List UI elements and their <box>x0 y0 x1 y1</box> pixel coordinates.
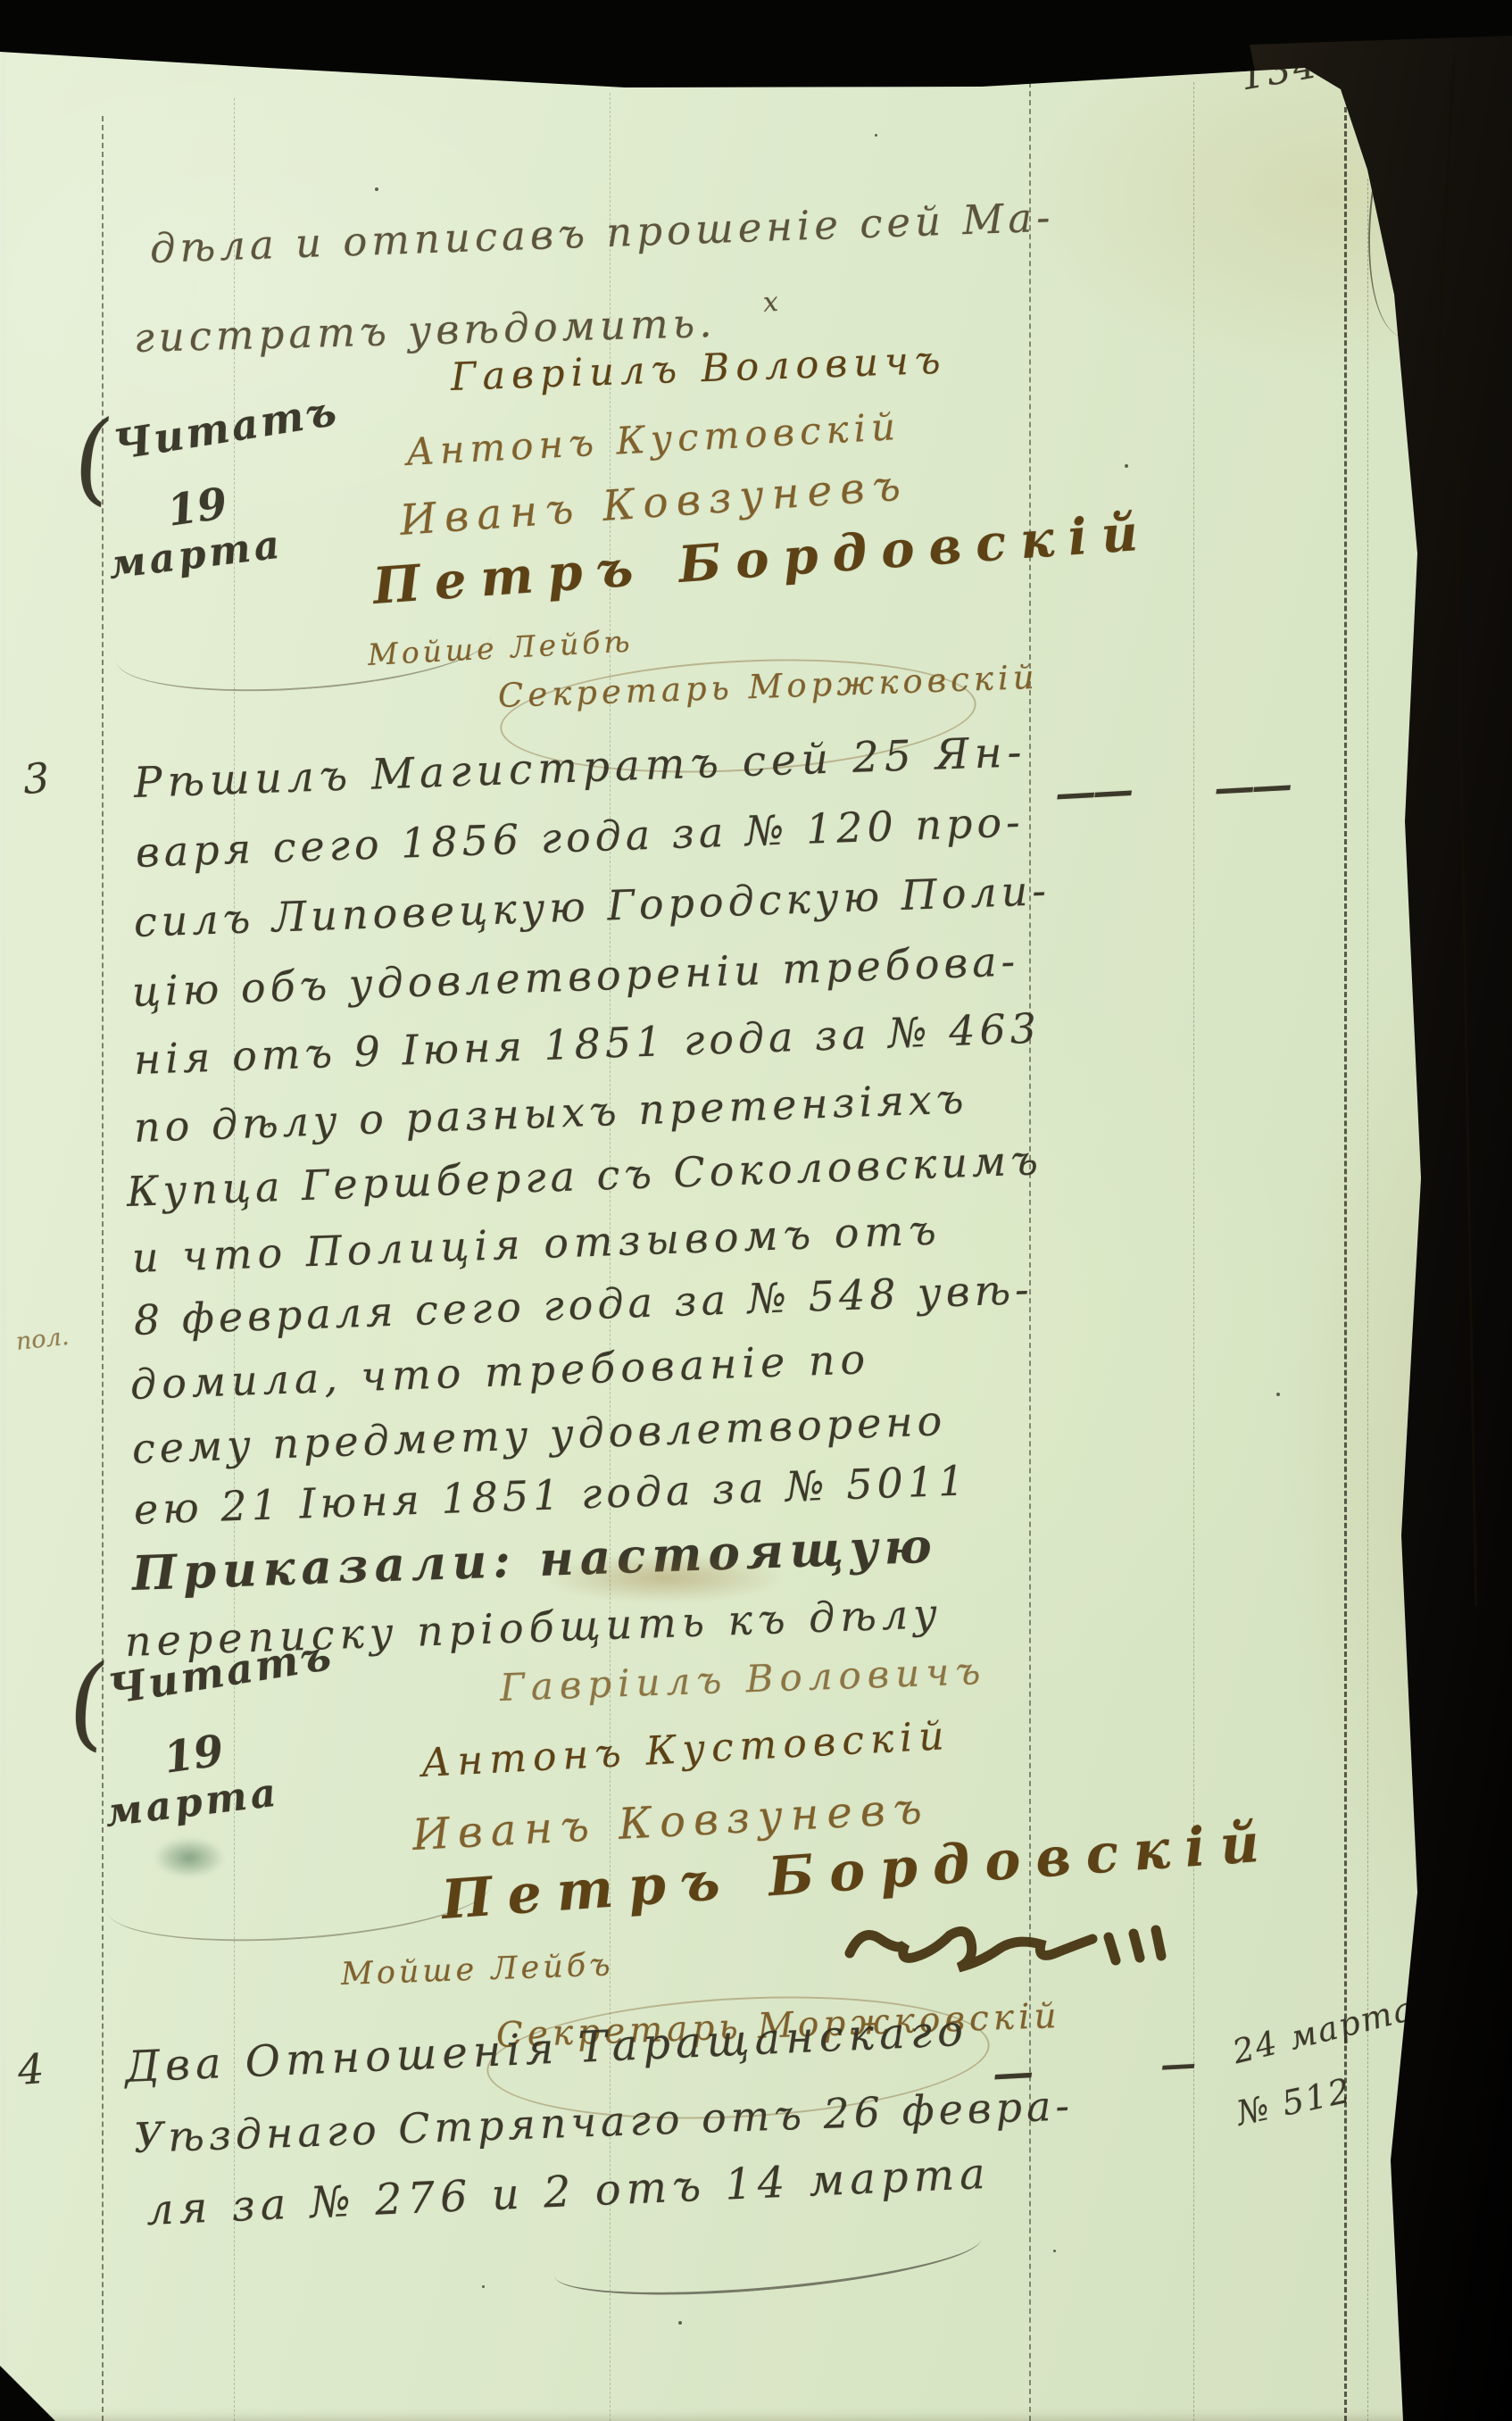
underleaf-edge-line <box>1425 54 1455 588</box>
paper-fleck <box>375 187 378 191</box>
signature-volovich: Гавріилъ Воловичъ <box>499 1649 987 1710</box>
margin-note-month: марта <box>106 521 286 588</box>
margin-note-day: 19 <box>161 1726 227 1784</box>
paper-fleck <box>268 1125 270 1127</box>
fold-crease <box>1193 82 1194 2421</box>
margin-note-month: марта <box>103 1769 282 1836</box>
entry4-resolution-date: 24 марта <box>1229 1989 1419 2071</box>
collation-mark: х <box>762 287 779 319</box>
opening-line-1: дѣла и отписавъ прошеніе сей Ма- <box>149 194 1055 272</box>
paper-fleck <box>1053 2250 1056 2252</box>
paper-fleck <box>678 2321 682 2325</box>
entry3-line: нія отъ 9 Іюня 1851 года за № 463 <box>133 1004 1042 1084</box>
ditto-dash: —— <box>1213 761 1291 812</box>
entry3-line: варя сего 1856 года за № 120 про- <box>135 797 1025 877</box>
entry3-number: 3 <box>21 753 51 803</box>
ditto-dash: —— <box>1054 766 1132 818</box>
entry3-line: и что Полиція отзывомъ отъ <box>131 1205 942 1282</box>
entry4-resolution-number: № 512 <box>1233 2070 1355 2133</box>
margin-paren-flourish: ( <box>62 1644 112 1764</box>
paper-fleck <box>875 134 877 137</box>
photograph-of-archival-page: 134 дѣла и отписавъ прошеніе сей Ма- х г… <box>0 0 1512 2421</box>
margin-paren-flourish: ( <box>67 400 117 518</box>
underleaf-edge-line <box>1453 357 1477 1607</box>
signature-kustovsky: Антонъ Кустовскій <box>420 1713 951 1786</box>
entry3-line: по дѣлу о разныхъ претензіяхъ <box>133 1074 968 1152</box>
entry3-margin-word: пол. <box>14 1323 70 1356</box>
bold-ink-signature <box>839 1910 1232 1991</box>
manuscript-page: 134 дѣла и отписавъ прошеніе сей Ма- х г… <box>0 0 1512 2421</box>
margin-note-word: Читатъ <box>111 387 342 470</box>
entry3-line: силъ Липовецкую Городскую Поли- <box>133 866 1051 946</box>
entry4-number: 4 <box>16 2044 46 2094</box>
margin-note-day: 19 <box>164 478 230 537</box>
line-end-flourish <box>552 2206 984 2309</box>
entry3-line: цію объ удовлетвореніи требова- <box>131 936 1020 1016</box>
paper-fleck <box>1276 1393 1280 1396</box>
green-ink-blot <box>154 1837 225 1878</box>
paper-fleck <box>1125 464 1128 468</box>
right-edge-rule-2 <box>1367 179 1368 2421</box>
paper-fleck <box>482 2285 485 2288</box>
signature-moishe-leib: Мойше Лейбъ <box>340 1947 614 1993</box>
entry3-line: Купца Гершберга съ Соколовскимъ <box>126 1136 1043 1216</box>
row-dash: — <box>1159 2042 1193 2086</box>
signature-kustovsky: Антонъ Кустовскій <box>405 404 901 474</box>
entry3-line: домила, что требованіе по <box>129 1335 871 1409</box>
entry3-resolution-line: Приказали: настоящую <box>131 1518 939 1601</box>
